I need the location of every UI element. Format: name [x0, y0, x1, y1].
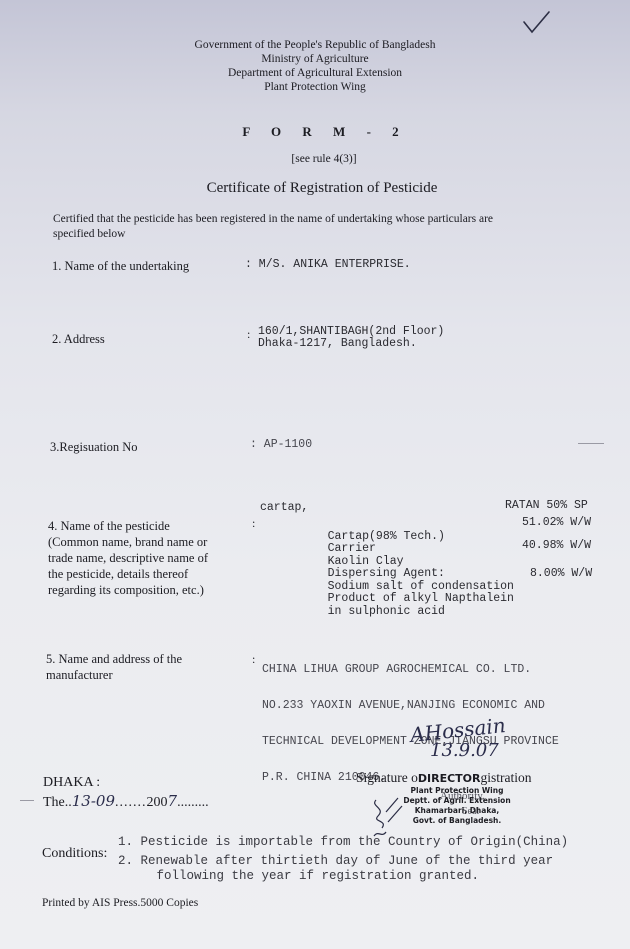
condition-item: following the year if registration grant…	[134, 869, 568, 883]
signature-date: 13.9.07	[430, 740, 499, 761]
registration-label: 3.Regisuation No	[50, 439, 138, 455]
conditions-list: 1. Pesticide is importable from the Coun…	[118, 834, 568, 883]
composition-row: Kaolin Clay 40.98% W/W	[300, 543, 620, 556]
manufacturer-colon: :	[252, 652, 255, 667]
pesticide-common-name: cartap,	[260, 502, 308, 515]
undertaking-label: 1. Name of the undertaking	[52, 258, 189, 274]
header-ministry: Ministry of Agriculture	[0, 52, 630, 66]
address-line-2: Dhaka-1217, Bangladesh.	[258, 338, 417, 351]
pesticide-label: 4. Name of the pesticide (Common name, b…	[48, 518, 258, 598]
signature-caption: Signature oDIRECTORgistration	[356, 770, 531, 786]
composition-row: Sodium salt of condensation 8.00% W/W	[300, 568, 620, 581]
manufacturer-label: 5. Name and address of the manufacturer	[46, 651, 182, 683]
composition-row: in sulphonic acid	[300, 593, 620, 606]
pesticide-colon: :	[252, 516, 255, 531]
certificate-title: Certificate of Registration of Pesticide	[0, 180, 630, 197]
rule-reference: [see rule 4(3)]	[0, 153, 630, 165]
condition-item: 1. Pesticide is importable from the Coun…	[118, 834, 568, 850]
margin-dash	[20, 800, 34, 801]
address-colon: :	[247, 327, 250, 342]
manufacturer-line: NO.233 YAOXIN AVENUE,NANJING ECONOMIC AN…	[262, 700, 559, 712]
composition-row: Product of alkyl Napthalein	[300, 581, 620, 594]
margin-dash	[578, 443, 604, 444]
pesticide-brand-name: RATAN 50% SP	[505, 500, 588, 513]
composition-list: Cartap(98% Tech.) 51.02% W/W Carrier Kao…	[300, 518, 620, 606]
composition-row: Cartap(98% Tech.) 51.02% W/W	[300, 518, 620, 531]
form-title: F O R M - 2	[0, 124, 630, 140]
manufacturer-line: CHINA LIHUA GROUP AGROCHEMICAL CO. LTD.	[262, 664, 559, 676]
conditions-label: Conditions:	[42, 846, 107, 862]
place-label: DHAKA :	[43, 775, 100, 791]
undertaking-value: : M/S. ANIKA ENTERPRISE.	[245, 259, 411, 272]
header-department: Department of Agricultural Extension	[0, 66, 630, 80]
issue-date: The..13-09.......2007.........	[43, 792, 209, 811]
header-government: Government of the People's Republic of B…	[0, 38, 630, 52]
header-wing: Plant Protection Wing	[0, 80, 630, 94]
condition-item: 2. Renewable after thirtieth day of June…	[118, 853, 568, 869]
official-stamp: Plant Protection Wing Deptt. of Agril. E…	[392, 786, 522, 826]
address-label: 2. Address	[52, 331, 105, 347]
printer-footer: Printed by AIS Press.5000 Copies	[42, 897, 198, 909]
document-header: Government of the People's Republic of B…	[0, 38, 630, 94]
intro-text: Certified that the pesticide has been re…	[53, 212, 523, 242]
registration-value: : AP-1100	[250, 439, 312, 452]
